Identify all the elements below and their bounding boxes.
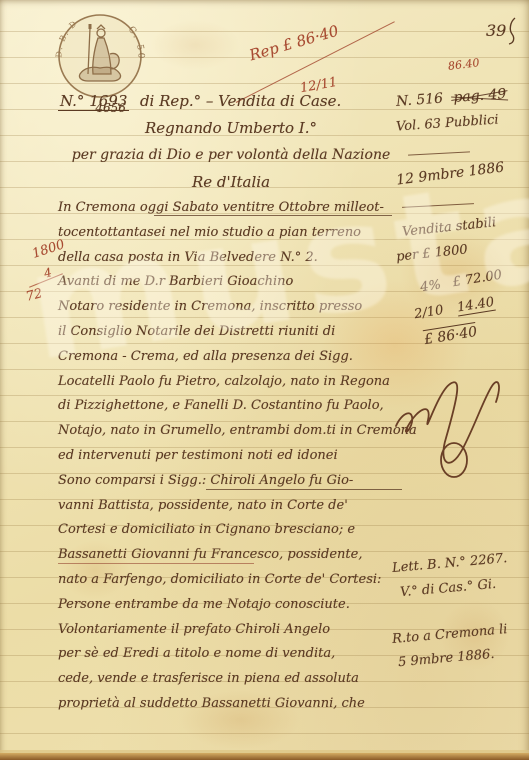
body-line: Notaro residente in Cremona, inscritto p… — [58, 295, 404, 320]
body-line: il Consiglio Notarile dei Distretti riun… — [58, 320, 404, 345]
deed-title: di Rep.° – Vendita di Case. — [140, 92, 341, 110]
underline-date-words — [154, 215, 392, 216]
body-line: Persone entrambe da me Notajo conosciute… — [58, 593, 404, 618]
page-number: 39 — [486, 16, 518, 46]
deed-text: N.° 16934656di Rep.° – Vendita di Case. … — [58, 88, 404, 717]
body-line: proprietà al suddetto Bassanetti Giovann… — [58, 692, 404, 717]
repertory-number-sub: 4656 — [95, 101, 126, 115]
body-line: tocentottantasei nel mio studio a pian t… — [58, 221, 404, 246]
body-line: Notajo, nato in Grumello, entrambi dom.t… — [58, 419, 404, 444]
page-bottom-edge — [0, 753, 529, 760]
body-line: di Pizzighettone, e Fanelli D. Costantin… — [58, 394, 404, 419]
underline-buyer-name — [58, 563, 254, 564]
body-line: Volontariamente il prefato Chiroli Angel… — [58, 618, 404, 643]
body-line: Cremona - Crema, ed alla presenza dei Si… — [58, 345, 404, 370]
body-line: ed intervenuti per testimoni noti ed ido… — [58, 444, 404, 469]
reign-line-3: Re d'Italia — [58, 169, 404, 196]
document-page: C. 50. D. B. D. Rep £ 86·40 12/11 86.40 … — [0, 0, 529, 760]
underline-seller-name — [206, 489, 402, 490]
reign-line-1: Regnando Umberto I.° — [58, 115, 404, 142]
body-line: nato a Farfengo, domiciliato in Corte de… — [58, 568, 404, 593]
tax-rate-label: 4% — [419, 277, 442, 295]
body-line: Avanti di me D.r Barbieri Gioachino — [58, 270, 404, 295]
registration-signature-flourish — [388, 368, 528, 488]
page-number-value: 39 — [486, 21, 506, 40]
body-line: Bassanetti Giovanni fu Francesco, possid… — [58, 543, 404, 568]
body-line: Cortesi e domiciliato in Cignano brescia… — [58, 518, 404, 543]
body-line: per sè ed Eredi a titolo e nome di vendi… — [58, 642, 404, 667]
reign-line-2: per grazia di Dio e per volontà della Na… — [58, 142, 404, 169]
calc-result: 72 — [24, 286, 44, 305]
body-line: della casa posta in Via Belvedere N.° 2. — [58, 246, 404, 271]
body-line: Locatelli Paolo fu Pietro, calzolajo, na… — [58, 370, 404, 395]
body-line: cede, vende e trasferisce in piena ed as… — [58, 667, 404, 692]
protocol-number: N. 516 — [396, 91, 444, 110]
page-number-flourish — [506, 16, 518, 46]
repertory-number-line: N.° 16934656di Rep.° – Vendita di Case. — [58, 88, 404, 115]
body-line: In Cremona oggi Sabato ventitre Ottobre … — [58, 196, 404, 221]
body-line: vanni Battista, possidente, nato in Cort… — [58, 494, 404, 519]
